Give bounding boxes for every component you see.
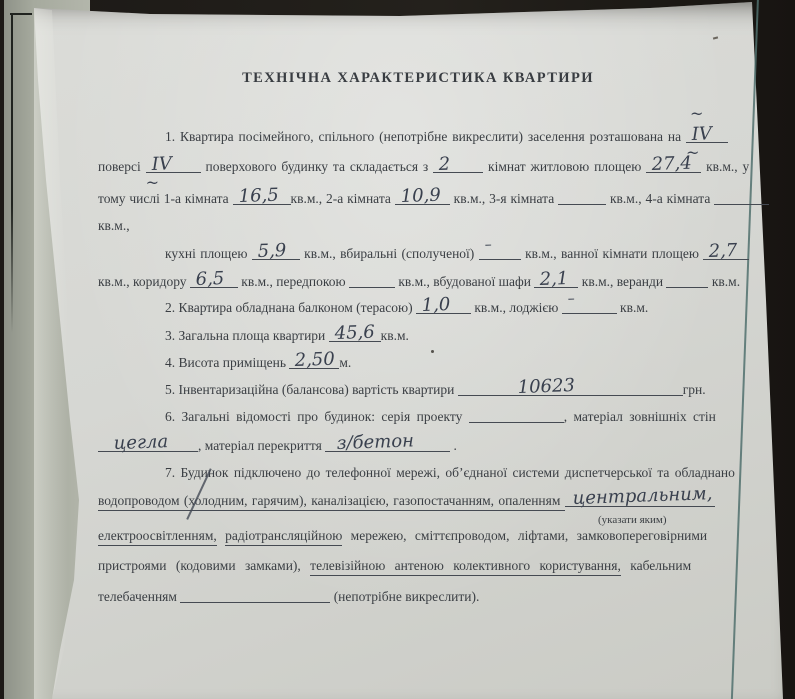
item-1-line-1: 1. Квартира посімейного, спільного (непо… [165,127,728,145]
item-1-line-4: кв.м., [98,217,130,234]
scanned-document-photo: ТЕХНІЧНА ХАРАКТЕРИСТИКА КВАРТИРИ 1. Квар… [0,0,795,699]
handwritten-value: 10623 [517,377,575,396]
handwritten-value: центральним, [572,485,712,507]
item-1-line-6: кв.м., коридору 6,5 кв.м., передпокою кв… [98,272,740,290]
item-1-line-5: кухні площею 5,9 кв.м., вбиральні (сполу… [165,244,749,262]
printed-text: кв.м., 4-а кімната [606,191,714,206]
printed-text: 7. Будинок підключено до телефонної мере… [165,465,735,480]
printed-text: кв.м., 2-а кімната [291,191,395,206]
item-7-line-4: пристроями (кодовими замками), телевізій… [98,557,691,574]
printed-text: кв.м., 3-я кімната [450,191,558,206]
printed-text: поверхового будинку та складається з [201,159,434,174]
item-1-line-2: поверсі IV~ поверхового будинку та склад… [98,157,749,175]
printed-text: 4. Висота приміщень [165,355,289,370]
handwritten-value: IV [691,125,712,143]
printed-text: , матеріал зовнішніх стін [564,409,716,424]
handwritten-value: 10,9 [400,187,441,205]
blank-slab-material: з/бетон [325,436,450,452]
item-1-line-3: тому числі 1-а кімната 16,5кв.м., 2-а кі… [98,189,769,207]
blank-lavatory-area: – [479,244,521,260]
printed-text: кв.м., [98,218,130,233]
printed-text: (непотрібне викреслити). [330,589,479,604]
item-2: 2. Квартира обладнана балконом (терасою)… [165,298,648,316]
blank-building-floors: IV~ [146,157,201,173]
handwritten-value: 45,6 [334,324,375,342]
blank-inventory-value: 10623 [458,380,683,396]
handwritten-value: з/бетон [337,432,415,452]
printed-text: водопроводом (холодним, гарячим), каналі… [98,493,565,511]
handwritten-value: – [567,291,575,308]
blank-bathroom-area: 2,7 [703,244,749,260]
item-5: 5. Інвентаризаційна (балансова) вартість… [165,380,706,398]
tilde-mark: ~ [690,105,703,122]
blank-living-area: 27,4 [646,157,701,173]
printed-text: 2. Квартира обладнана балконом (терасою) [165,300,416,315]
printed-text: , матеріал перекриття [198,438,325,453]
blank-corridor-area: 6,5 [190,272,238,288]
printed-text: кв.м., ванної кімнати площею [521,246,704,261]
blank-kitchen-area: 5,9 [252,244,300,260]
printed-text: кв.м. [381,328,409,343]
handwritten-value: 2,7 [709,242,738,260]
printed-text: кабельним [621,558,691,573]
blank-room-3-area [558,189,606,205]
blank-room-4-area [714,189,769,205]
printed-text: грн. [683,382,706,397]
blank-hall-area [349,272,395,288]
printed-text: телебаченням [98,589,180,604]
handwritten-value: – [484,237,492,254]
handwritten-value: 6,5 [195,270,224,288]
item-6-line-1: 6. Загальні відомості про будинок: серія… [165,407,716,425]
item-3: 3. Загальна площа квартири 45,6кв.м. [165,326,409,344]
printed-text: кв.м., вбудованої шафи [395,274,534,289]
handwritten-value: 16,5 [238,187,279,205]
printed-text: кв.м., передпокою [238,274,349,289]
printed-text: 1. Квартира посімейного, спільного (непо… [165,129,686,144]
handwritten-value: 2,1 [540,270,569,288]
printed-text: кв.м., коридору [98,274,190,289]
printed-text: 3. Загальна площа квартири [165,328,329,343]
blank-walls-material: цегла [98,436,198,452]
printed-text: . [450,438,457,453]
paper-speck [431,350,434,353]
blank-rooms-count: 2 [433,157,483,173]
printed-text: кв.м., веранди [578,274,666,289]
handwritten-value: IV [151,155,172,173]
printed-text: мережею, сміттєпроводом, ліфтами, замков… [342,528,707,543]
blank-ceiling-height: 2,50 [289,353,339,369]
printed-text: телевізійною антеною колективного корист… [310,558,621,576]
blank-total-area: 45,6 [329,326,381,342]
printed-text: поверсі [98,159,146,174]
item-4: 4. Висота приміщень 2,50м. [165,353,351,371]
handwritten-value: 2,50 [295,351,336,369]
printed-text: 5. Інвентаризаційна (балансова) вартість… [165,382,458,397]
printed-text: кухні площею [165,246,252,261]
blank-wardrobe-area: 2,1 [534,272,578,288]
printed-text: пристроями (кодовими замками), [98,558,310,573]
blank-floor-number: IV~~ [686,127,728,143]
document-title: ТЕХНІЧНА ХАРАКТЕРИСТИКА КВАРТИРИ [98,70,738,87]
item-7-line-2: водопроводом (холодним, гарячим), каналі… [98,491,715,509]
printed-text: 6. Загальні відомості про будинок: серія… [165,409,469,424]
blank-cable-tv [180,587,330,603]
handwritten-value: 27,4 [652,155,693,173]
item-7-line-5: телебаченням (непотрібне викреслити). [98,587,479,605]
printed-text: кв.м., вбиральні (сполученої) [300,246,479,261]
handwritten-value: цегла [113,433,168,452]
blank-project-series [469,407,564,423]
blank-loggia-area: – [562,298,617,314]
blank-veranda-area [666,272,708,288]
item-6-line-2: цегла, матеріал перекриття з/бетон . [98,436,457,454]
handwritten-value: 5,9 [257,242,286,260]
blank-room-1-area: 16,5 [233,189,291,205]
handwritten-value: 2 [439,156,451,173]
printed-text: радіотрансляційною [225,528,342,546]
printed-text: тому числі 1-а кімната [98,191,233,206]
item-7-line-1: 7. Будинок підключено до телефонної мере… [165,464,735,481]
printed-text: кімнат житловою площею [483,159,646,174]
blank-heating-type: центральним, [565,491,715,507]
form-text-layer: ТЕХНІЧНА ХАРАКТЕРИСТИКА КВАРТИРИ 1. Квар… [0,0,795,699]
printed-text: кв.м. [617,300,649,315]
printed-text: (указати яким) [598,514,667,526]
printed-text: м. [339,355,351,370]
printed-text: кв.м., лоджією [471,300,562,315]
blank-balcony-area: 1,0 [416,298,471,314]
printed-text: кв.м. [708,274,740,289]
printed-text: кв.м., у [701,159,749,174]
blank-room-2-area: 10,9 [395,189,450,205]
item-7-line-3: електроосвітленням, радіотрансляційною м… [98,527,707,544]
printed-text [217,528,225,543]
handwritten-value: 1,0 [421,296,450,314]
printed-text: електроосвітленням, [98,528,217,546]
